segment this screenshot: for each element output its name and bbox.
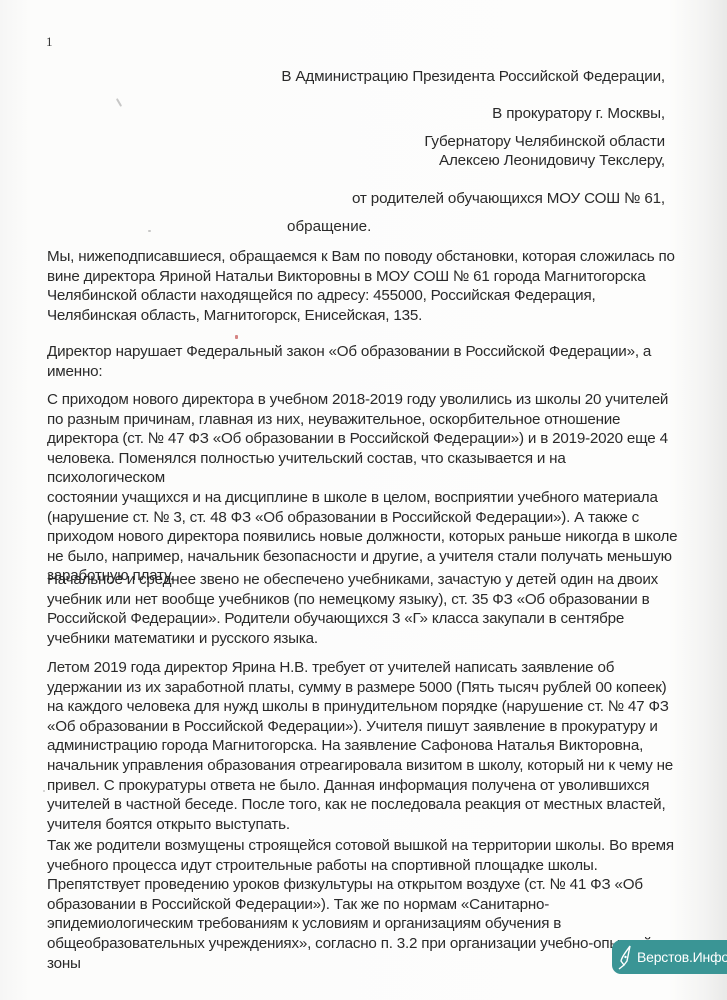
pen-nib-icon	[616, 944, 634, 970]
watermark-label: Верстов.Инфо	[637, 949, 727, 965]
paragraph-violation-statement: Директор нарушает Федеральный закон «Об …	[47, 342, 687, 381]
page-number: 1	[46, 34, 53, 50]
scan-speck	[235, 335, 238, 339]
paragraph-cell-tower: Так же родители возмущены строящейся сот…	[47, 836, 687, 973]
scan-speck	[43, 790, 45, 792]
scanned-document-page: 1 В Администрацию Президента Российской …	[0, 0, 727, 1000]
addressee-governor-name: Алексею Леонидовичу Текслеру,	[439, 151, 665, 170]
scan-speck	[148, 230, 151, 232]
paragraph-textbooks: Начальное и среднее звено не обеспечено …	[47, 570, 687, 648]
addressee-moscow-prosecutor: В прокуратору г. Москвы,	[492, 104, 665, 123]
sender-line: от родителей обучающихся МОУ СОШ № 61,	[352, 189, 665, 208]
addressee-presidential-administration: В Администрацию Президента Российской Фе…	[281, 67, 665, 86]
scan-speck	[116, 98, 122, 107]
paragraph-salary-deductions: Летом 2019 года директор Ярина Н.В. треб…	[47, 658, 687, 834]
paragraph-staff-turnover: С приходом нового директора в учебном 20…	[47, 390, 687, 586]
verstov-info-watermark: Верстов.Инфо	[612, 940, 727, 974]
addressee-governor-title: Губернатору Челябинской области	[424, 132, 665, 151]
document-type-heading: обращение.	[287, 217, 371, 236]
paragraph-introduction: Мы, нижеподписавшиеся, обращаемся к Вам …	[47, 247, 687, 325]
